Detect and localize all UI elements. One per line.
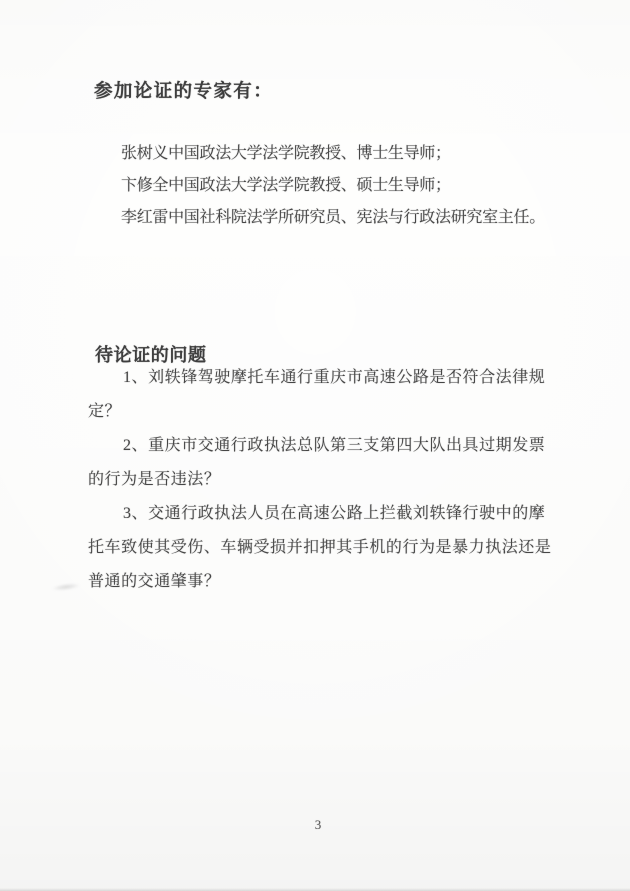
question-line: 3、交通行政执法人员在高速公路上拦截刘轶锋行驶中的摩 [88, 497, 558, 531]
questions-list: 1、刘轶锋驾驶摩托车通行重庆市高速公路是否符合法律规 定？ 2、重庆市交通行政执… [88, 361, 558, 599]
question-line: 的行为是否违法？ [88, 463, 558, 497]
question-line: 2、重庆市交通行政执法总队第三支第四大队出具过期发票 [88, 429, 558, 463]
expert-item: 李红雷中国社科院法学所研究员、宪法与行政法研究室主任。 [121, 202, 545, 234]
question-line: 定？ [88, 395, 558, 429]
question-line: 普通的交通肇事？ [88, 565, 558, 599]
page-number: 3 [0, 817, 630, 833]
experts-heading: 参加论证的专家有： [94, 77, 273, 103]
document-page: 参加论证的专家有： 张树义中国政法大学法学院教授、博士生导师； 卞修全中国政法大… [0, 0, 630, 891]
experts-list: 张树义中国政法大学法学院教授、博士生导师； 卞修全中国政法大学法学院教授、硕士生… [121, 138, 545, 234]
question-line: 1、刘轶锋驾驶摩托车通行重庆市高速公路是否符合法律规 [88, 361, 558, 395]
expert-item: 卞修全中国政法大学法学院教授、硕士生导师； [121, 170, 545, 202]
expert-item: 张树义中国政法大学法学院教授、博士生导师； [121, 138, 545, 170]
question-line: 托车致使其受伤、车辆受损并扣押其手机的行为是暴力执法还是 [88, 531, 558, 565]
scan-smudge-mark [52, 582, 81, 591]
